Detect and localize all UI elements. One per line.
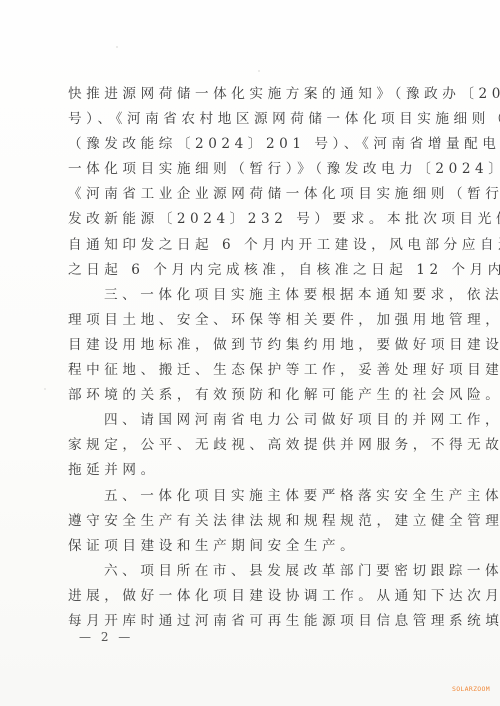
text-line: 发改新能源〔2024〕232 号）要求。本批次项目光伏发电部分应: [68, 207, 440, 232]
text-line: 进展，做好一体化项目建设协调工作。从通知下达次月开始，: [68, 584, 440, 609]
text-line: 《河南省工业企业源网荷储一体化项目实施细则（暂行）》（豫: [68, 182, 440, 207]
scan-speck: [116, 46, 118, 48]
text-line: 自通知印发之日起 6 个月内开工建设，风电部分应自通知印发: [68, 233, 440, 258]
text-line: 部环境的关系，有效预防和化解可能产生的社会风险。: [68, 383, 440, 408]
document-page: 快推进源网荷储一体化实施方案的通知》（豫政办〔2024〕72 号）、《河南省农村…: [0, 0, 500, 706]
text-line: 一体化项目实施细则（暂行）》（豫发改电力〔2024〕206 号）、: [68, 157, 440, 182]
page-number: — 2 —: [79, 630, 133, 644]
paragraph-6-start: 六、项目所在市、县发展改革部门要密切跟踪一体化项目: [68, 559, 440, 584]
document-body: 快推进源网荷储一体化实施方案的通知》（豫政办〔2024〕72 号）、《河南省农村…: [68, 82, 440, 634]
scan-speck: [44, 388, 46, 390]
watermark-logo: SOLARZOOM: [452, 685, 490, 693]
text-line: 程中征地、搬迁、生态保护等工作，妥善处理好项目建设与外: [68, 358, 440, 383]
text-line: 拖延并网。: [68, 458, 440, 483]
text-line: 家规定，公平、无歧视、高效提供并网服务，不得无故拒绝和: [68, 433, 440, 458]
text-line: 目建设用地标准，做到节约集约用地，要做好项目建设生产过: [68, 333, 440, 358]
paragraph-4-start: 四、请国网河南省电力公司做好项目的并网工作，按照国: [68, 408, 440, 433]
paragraph-5-start: 五、一体化项目实施主体要严格落实安全生产主体责任，: [68, 484, 440, 509]
text-line: 号）、《河南省农村地区源网荷储一体化项目实施细则（暂行）》: [68, 107, 440, 132]
text-line: 快推进源网荷储一体化实施方案的通知》（豫政办〔2024〕72: [68, 82, 440, 107]
text-line: （豫发改能综〔2024〕201 号）、《河南省增量配电网类源网荷储: [68, 132, 440, 157]
paragraph-3-start: 三、一体化项目实施主体要根据本通知要求，依法依规办: [68, 283, 440, 308]
text-line: 遵守安全生产有关法律法规和规程规范，建立健全管理制度，: [68, 509, 440, 534]
scan-speck: [258, 70, 260, 72]
text-line: 理项目土地、安全、环保等相关要件，加强用地管理，落实项: [68, 308, 440, 333]
text-line: 之日起 6 个月内完成核准，自核准之日起 12 个月内开工建设。: [68, 258, 440, 283]
text-line: 保证项目建设和生产期间安全生产。: [68, 534, 440, 559]
